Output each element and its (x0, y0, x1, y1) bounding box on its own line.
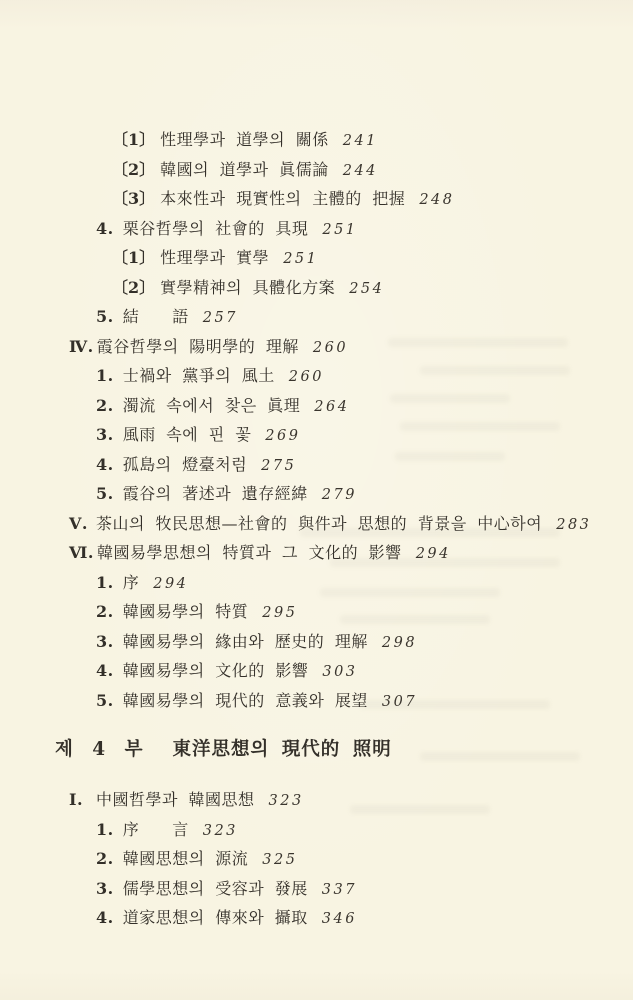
toc-entry-title: 性理學과 實學 (160, 248, 269, 267)
toc-entry-label: 1. (96, 362, 114, 390)
toc-entry-title: 霞谷의 著述과 遺存經緯 (123, 484, 308, 503)
toc-entry-label: 3. (96, 628, 114, 656)
toc-entry: 3.風雨 속에 핀 꽃269 (0, 421, 633, 451)
toc-entry-page-number: 241 (343, 133, 378, 149)
toc-entry-label: Ⅴ. (69, 510, 93, 538)
toc-entry: 4.栗谷哲學의 社會的 具現251 (0, 215, 633, 245)
part-heading: 제 4 부東洋思想의 現代的 照明 (0, 734, 633, 766)
toc-entry-label: 4. (96, 904, 114, 932)
toc-entry-label: Ⅵ. (69, 539, 94, 567)
toc-entry-page-number: 298 (382, 635, 417, 651)
toc-entry-page-number: 294 (153, 576, 188, 592)
toc-entry: 〔1〕性理學과 實學251 (0, 244, 633, 274)
toc-entry-title: 韓國思想의 源流 (123, 849, 249, 868)
toc-entry-page-number: 260 (313, 340, 348, 356)
toc-entry-title: 韓國의 道學과 眞儒論 (160, 160, 329, 179)
toc-entry: 〔1〕性理學과 道學의 關係241 (0, 126, 633, 156)
toc-entry-title: 道家思想의 傳來와 攝取 (123, 908, 308, 927)
toc-entry: 1.序294 (0, 569, 633, 599)
toc-entry-page-number: 244 (343, 163, 378, 179)
toc-entry-label: 〔3〕 (112, 185, 155, 213)
toc-entry-page-number: 251 (283, 251, 318, 267)
toc-entry-page-number: 337 (322, 882, 357, 898)
toc-entry: 4.道家思想의 傳來와 攝取346 (0, 904, 633, 934)
toc-entry-title: 濁流 속에서 찾은 眞理 (123, 396, 301, 415)
toc-entry-title: 中國哲學과 韓國思想 (96, 790, 255, 809)
toc-entry-label: Ⅰ. (69, 786, 93, 814)
toc-entry-label: 1. (96, 816, 114, 844)
toc-entry: Ⅵ.韓國易學思想의 特質과 그 文化的 影響294 (0, 539, 633, 569)
toc-entry: 3.韓國易學의 緣由와 歷史的 理解298 (0, 628, 633, 658)
toc-entry-page-number: 323 (269, 793, 304, 809)
part-number-label: 제 4 부 (55, 734, 147, 766)
toc-entry-title: 茶山의 牧民思想—社會的 與件과 思想的 背景을 中心하여 (96, 514, 542, 533)
toc-entry-title: 士禍와 黨爭의 風土 (123, 366, 275, 385)
table-of-contents: 〔1〕性理學과 道學의 關係241〔2〕韓國의 道學과 眞儒論244〔3〕本來性… (0, 126, 633, 934)
toc-entry: 5.韓國易學의 現代的 意義와 展望307 (0, 687, 633, 717)
toc-entry-title: 孤島의 燈臺처럼 (123, 455, 247, 474)
toc-entry-label: 3. (96, 421, 114, 449)
scanned-book-page: 〔1〕性理學과 道學의 關係241〔2〕韓國의 道學과 眞儒論244〔3〕本來性… (0, 0, 633, 1000)
toc-entry: 3.儒學思想의 受容과 發展337 (0, 875, 633, 905)
toc-entry-title: 結 語 (123, 307, 189, 326)
toc-entry-label: Ⅳ. (69, 333, 94, 361)
toc-entry-title: 序 (123, 573, 140, 592)
toc-entry: Ⅴ.茶山의 牧民思想—社會的 與件과 思想的 背景을 中心하여283 (0, 510, 633, 540)
toc-entry-page-number: 283 (556, 517, 591, 533)
toc-entry-title: 韓國易學의 文化的 影響 (123, 661, 309, 680)
toc-entry-label: 5. (96, 303, 114, 331)
toc-entry-label: 5. (96, 687, 114, 715)
toc-entry: Ⅰ.中國哲學과 韓國思想323 (0, 786, 633, 816)
toc-entry-page-number: 346 (322, 911, 357, 927)
toc-entry: 2.韓國易學의 特質295 (0, 598, 633, 628)
toc-entry-label: 〔2〕 (112, 156, 155, 184)
toc-entry-label: 4. (96, 657, 114, 685)
toc-entry-title: 性理學과 道學의 關係 (160, 130, 329, 149)
toc-entry-title: 韓國易學思想의 特質과 그 文化的 影響 (97, 543, 402, 562)
toc-entry-label: 〔1〕 (112, 126, 155, 154)
toc-entry-page-number: 257 (203, 310, 238, 326)
toc-entry-title: 韓國易學의 現代的 意義와 展望 (123, 691, 368, 710)
toc-entry: Ⅳ.霞谷哲學의 陽明學的 理解260 (0, 333, 633, 363)
toc-entry-label: 〔2〕 (112, 274, 155, 302)
toc-entry: 〔2〕實學精神의 具體化方案254 (0, 274, 633, 304)
toc-entry: 4.孤島의 燈臺처럼275 (0, 451, 633, 481)
toc-entry-label: 〔1〕 (112, 244, 155, 272)
toc-entry-title: 實學精神의 具體化方案 (160, 278, 335, 297)
toc-entry-label: 3. (96, 875, 114, 903)
toc-entry-page-number: 279 (322, 487, 357, 503)
toc-entry-page-number: 269 (265, 428, 300, 444)
toc-entry-page-number: 307 (382, 694, 417, 710)
toc-entry-title: 本來性과 現實性의 主體的 把握 (160, 189, 405, 208)
toc-entry: 4.韓國易學의 文化的 影響303 (0, 657, 633, 687)
toc-entry-page-number: 295 (262, 605, 297, 621)
toc-entry-title: 風雨 속에 핀 꽃 (123, 425, 252, 444)
toc-entry: 1.士禍와 黨爭의 風土260 (0, 362, 633, 392)
toc-entry: 1.序 言323 (0, 816, 633, 846)
toc-entry: 5.霞谷의 著述과 遺存經緯279 (0, 480, 633, 510)
toc-entry-page-number: 303 (322, 664, 357, 680)
toc-entry-title: 序 言 (123, 820, 189, 839)
toc-entry-page-number: 294 (416, 546, 451, 562)
toc-entry-page-number: 248 (419, 192, 454, 208)
toc-entry-label: 4. (96, 451, 114, 479)
toc-entry-page-number: 251 (322, 222, 357, 238)
part-title: 東洋思想의 現代的 照明 (173, 739, 392, 760)
toc-entry: 〔3〕本來性과 現實性의 主體的 把握248 (0, 185, 633, 215)
toc-entry-title: 霞谷哲學의 陽明學的 理解 (97, 337, 299, 356)
toc-entry-label: 4. (96, 215, 114, 243)
toc-entry-title: 韓國易學의 特質 (123, 602, 249, 621)
toc-entry-label: 5. (96, 480, 114, 508)
toc-entry-label: 1. (96, 569, 114, 597)
toc-entry-page-number: 275 (261, 458, 296, 474)
toc-entry-label: 2. (96, 598, 114, 626)
toc-entry-title: 栗谷哲學의 社會的 具現 (123, 219, 309, 238)
toc-entry: 2.韓國思想의 源流325 (0, 845, 633, 875)
toc-entry-label: 2. (96, 392, 114, 420)
toc-entry-title: 儒學思想의 受容과 發展 (123, 879, 308, 898)
toc-entry-title: 韓國易學의 緣由와 歷史的 理解 (123, 632, 368, 651)
toc-entry-page-number: 264 (314, 399, 349, 415)
toc-entry: 5.結 語257 (0, 303, 633, 333)
toc-entry-page-number: 325 (262, 852, 297, 868)
toc-entry-page-number: 323 (203, 823, 238, 839)
toc-entry-page-number: 260 (289, 369, 324, 385)
toc-entry: 2.濁流 속에서 찾은 眞理264 (0, 392, 633, 422)
toc-entry: 〔2〕韓國의 道學과 眞儒論244 (0, 156, 633, 186)
toc-entry-label: 2. (96, 845, 114, 873)
toc-entry-page-number: 254 (349, 281, 384, 297)
